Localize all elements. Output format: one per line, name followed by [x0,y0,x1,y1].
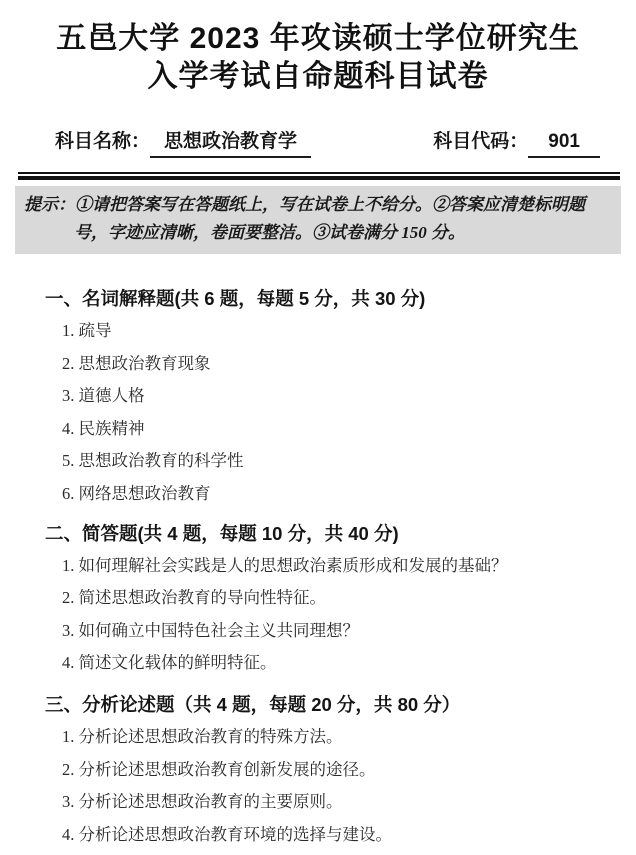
question-item: 1. 分析论述思想政治教育的特殊方法。 [62,727,626,747]
notice-text: ①请把答案写在答题纸上，写在试卷上不给分。②答案应清楚标明题号，字迹应清晰，卷面… [74,195,585,242]
section-term-explanation: 一、名词解释题(共 6 题，每题 5 分，共 30 分) 1. 疏导 2. 思想… [0,286,636,504]
section-analysis-essay: 三、分析论述题（共 4 题，每题 20 分，共 80 分） 1. 分析论述思想政… [0,692,636,845]
question-item: 1. 如何理解社会实践是人的思想政治素质形成和发展的基础？ [62,556,626,576]
section-3-heading: 三、分析论述题（共 4 题，每题 20 分，共 80 分） [45,692,626,718]
question-item: 6. 网络思想政治教育 [62,484,626,504]
exam-paper-page: 五邑大学 2023 年攻读硕士学位研究生 入学考试自命题科目试卷 科目名称：思想… [0,0,636,855]
notice-box: 提示：①请把答案写在答题纸上，写在试卷上不给分。②答案应清楚标明题号，字迹应清晰… [15,186,621,254]
subject-name-label: 科目名称： [55,131,150,152]
paper-title-line1: 五邑大学 2023 年攻读硕士学位研究生 [0,20,636,58]
section-2-heading: 二、简答题(共 4 题，每题 10 分，共 40 分) [45,521,626,547]
subject-code-label: 科目代码： [433,131,528,152]
subject-name-field: 科目名称：思想政治教育学 [55,129,311,158]
paper-title: 五邑大学 2023 年攻读硕士学位研究生 入学考试自命题科目试卷 [0,20,636,96]
subject-row: 科目名称：思想政治教育学 科目代码：901 [55,129,600,158]
question-item: 5. 思想政治教育的科学性 [62,451,626,471]
subject-code-field: 科目代码：901 [433,129,600,158]
notice-paragraph: 提示：①请把答案写在答题纸上，写在试卷上不给分。②答案应清楚标明题号，字迹应清晰… [24,191,611,247]
paper-title-line2: 入学考试自命题科目试卷 [0,58,636,96]
header-divider-rule [18,172,620,180]
question-item: 2. 思想政治教育现象 [62,354,626,374]
question-item: 4. 简述文化载体的鲜明特征。 [62,653,626,673]
question-item: 3. 道德人格 [62,386,626,406]
question-item: 4. 分析论述思想政治教育环境的选择与建设。 [62,825,626,845]
question-item: 3. 如何确立中国特色社会主义共同理想？ [62,621,626,641]
question-sections: 一、名词解释题(共 6 题，每题 5 分，共 30 分) 1. 疏导 2. 思想… [0,286,636,855]
subject-name-value: 思想政治教育学 [150,129,311,158]
question-item: 3. 分析论述思想政治教育的主要原则。 [62,792,626,812]
section-short-answer: 二、简答题(共 4 题，每题 10 分，共 40 分) 1. 如何理解社会实践是… [0,521,636,674]
notice-label: 提示： [24,195,75,214]
question-item: 4. 民族精神 [62,419,626,439]
subject-code-value: 901 [528,129,600,158]
question-item: 2. 简述思想政治教育的导向性特征。 [62,588,626,608]
question-item: 2. 分析论述思想政治教育创新发展的途径。 [62,760,626,780]
question-item: 1. 疏导 [62,321,626,341]
section-1-heading: 一、名词解释题(共 6 题，每题 5 分，共 30 分) [45,286,626,312]
